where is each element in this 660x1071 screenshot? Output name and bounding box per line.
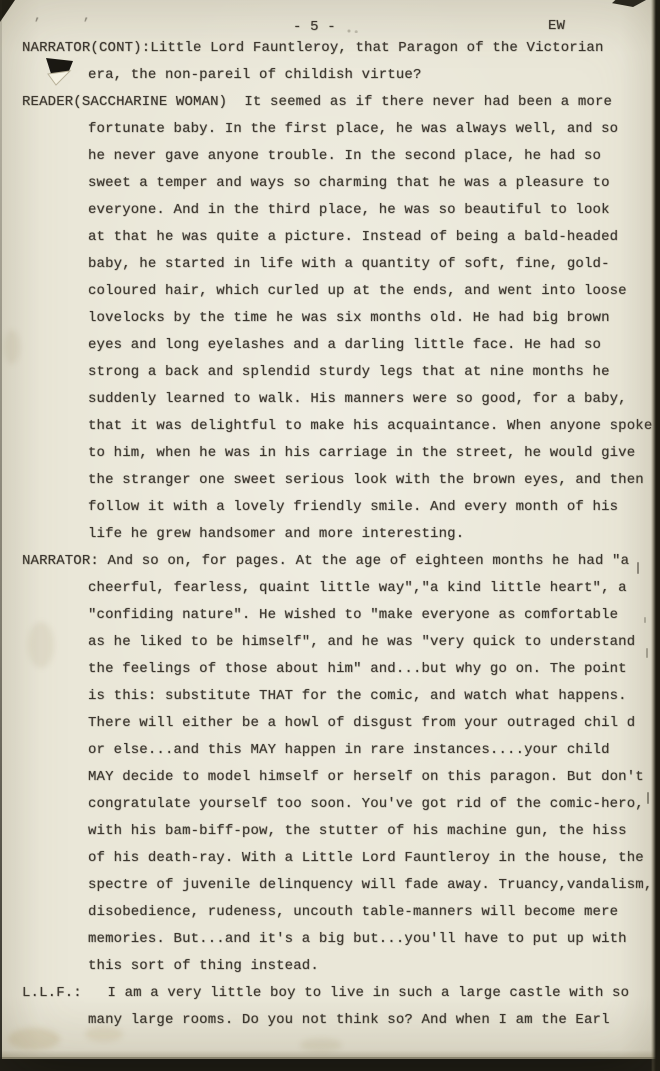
script-line: fortunate baby. In the first place, he w…	[0, 116, 660, 143]
margin-pen-mark	[637, 562, 639, 574]
margin-pen-mark	[646, 648, 648, 658]
margin-pen-mark	[647, 792, 649, 804]
script-line: There will either be a howl of disgust f…	[0, 710, 660, 737]
script-line: the stranger one sweet serious look with…	[0, 467, 660, 494]
script-line: everyone. And in the third place, he was…	[0, 197, 660, 224]
script-line: follow it with a lovely friendly smile. …	[0, 494, 660, 521]
script-line: NARRATOR(CONT):Little Lord Fauntleroy, t…	[0, 35, 660, 62]
torn-hole	[40, 52, 86, 92]
script-line: READER(SACCHARINE WOMAN) It seemed as if…	[0, 89, 660, 116]
script-line: eyes and long eyelashes and a darling li…	[0, 332, 660, 359]
scan-background-right	[651, 0, 660, 1071]
script-line: MAY decide to model himself or herself o…	[0, 764, 660, 791]
script-line: strong a back and splendid sturdy legs t…	[0, 359, 660, 386]
script-line: memories. But...and it's a big but...you…	[0, 926, 660, 953]
script-line: era, the non-pareil of childish virtue?	[0, 62, 660, 89]
script-line: at that he was quite a picture. Instead …	[0, 224, 660, 251]
margin-pen-mark	[644, 617, 646, 623]
paper-left-edge	[0, 0, 2, 1071]
script-line: cheerful, fearless, quaint little way","…	[0, 575, 660, 602]
script-line: this sort of thing instead.	[0, 953, 660, 980]
scan-background-bottom	[0, 1057, 660, 1071]
script-line: with his bam-biff-pow, the stutter of hi…	[0, 818, 660, 845]
script-line: suddenly learned to walk. His manners we…	[0, 386, 660, 413]
script-text: NARRATOR(CONT):Little Lord Fauntleroy, t…	[0, 35, 660, 1034]
script-line: he never gave anyone trouble. In the sec…	[0, 143, 660, 170]
script-line: is this: substitute THAT for the comic, …	[0, 683, 660, 710]
script-line: as he liked to be himself", and he was "…	[0, 629, 660, 656]
paper-bottom-edge-shadow	[0, 1050, 660, 1057]
script-line: that it was delightful to make his acqua…	[0, 413, 660, 440]
script-line: or else...and this MAY happen in rare in…	[0, 737, 660, 764]
script-line: disobedience, rudeness, uncouth table-ma…	[0, 899, 660, 926]
script-line: "confiding nature". He wished to "make e…	[0, 602, 660, 629]
script-line: sweet a temper and ways so charming that…	[0, 170, 660, 197]
script-line: congratulate yourself too soon. You've g…	[0, 791, 660, 818]
stray-ink-mark: ’	[33, 16, 41, 31]
scanned-script-page: - 5 - EW ’ ’ NARRATOR(CONT):Little Lord …	[0, 0, 660, 1071]
edge-notch-top-right	[612, 0, 646, 7]
script-line: many large rooms. Do you not think so? A…	[0, 1007, 660, 1034]
script-line: baby, he started in life with a quantity…	[0, 251, 660, 278]
script-line: NARRATOR: And so on, for pages. At the a…	[0, 548, 660, 575]
stray-ink-mark: ’	[82, 16, 90, 31]
corner-initials: EW	[548, 18, 565, 34]
script-line: spectre of juvenile delinquency will fad…	[0, 872, 660, 899]
script-line: L.L.F.: I am a very little boy to live i…	[0, 980, 660, 1007]
page-number: - 5 -	[293, 19, 336, 35]
torn-corner-top-left	[0, 0, 15, 22]
script-line: life he grew handsomer and more interest…	[0, 521, 660, 548]
script-line: to him, when he was in his carriage in t…	[0, 440, 660, 467]
script-line: coloured hair, which curled up at the en…	[0, 278, 660, 305]
smudge-mark	[345, 29, 361, 33]
script-line: the feelings of those about him" and...b…	[0, 656, 660, 683]
script-line: of his death-ray. With a Little Lord Fau…	[0, 845, 660, 872]
script-line: lovelocks by the time he was six months …	[0, 305, 660, 332]
